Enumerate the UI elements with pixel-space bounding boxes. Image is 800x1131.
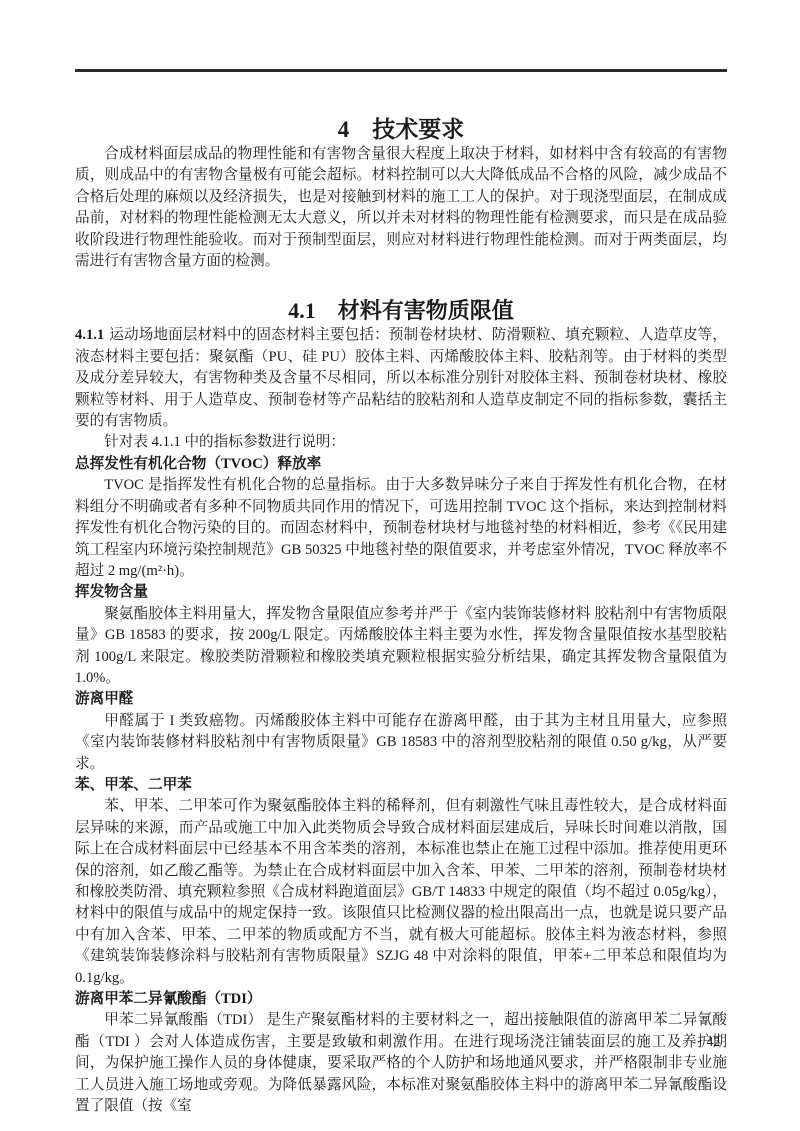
clause-number: 4.1.1	[75, 327, 104, 343]
page-number: 42	[707, 1034, 721, 1050]
section-title: 4.1 材料有害物质限值	[75, 297, 727, 325]
term-body-benzene-toluene-xylene: 苯、甲苯、二甲苯可作为聚氨酯胶体主料的稀释剂，但有刺激性气味且毒性较大，是合成材…	[75, 796, 727, 989]
document-page: 4 技术要求 合成材料面层成品的物理性能和有害物含量很大程度上取决于材料，如材料…	[75, 0, 727, 1117]
lead-in-line: 针对表 4.1.1 中的指标参数进行说明：	[75, 432, 727, 453]
term-body-free-formaldehyde: 甲醛属于 I 类致癌物。丙烯酸胶体主料中可能存在游离甲醛，由于其为主材且用量大，…	[75, 711, 727, 775]
document-body: { "page": { "number": "42" }, "chapter":…	[0, 0, 800, 1131]
term-heading-tdi: 游离甲苯二异氰酸酯（TDI）	[75, 989, 727, 1010]
term-body-volatile-content: 聚氨酯胶体主料用量大，挥发物含量限值应参考并严于《室内装饰装修材料 胶粘剂中有害…	[75, 604, 727, 690]
term-body-tdi: 甲苯二异氰酸酯（TDI） 是生产聚氨酯材料的主要材料之一，超出接触限值的游离甲苯…	[75, 1010, 727, 1117]
term-body-tvoc: TVOC 是指挥发性有机化合物的总量指标。由于大多数异味分子来自于挥发性有机化合…	[75, 475, 727, 582]
term-heading-volatile-content: 挥发物含量	[75, 582, 727, 603]
chapter-title: 4 技术要求	[75, 116, 727, 144]
term-heading-benzene-toluene-xylene: 苯、甲苯、二甲苯	[75, 775, 727, 796]
clause-4-1-1: 4.1.1运动场地面层材料中的固态材料主要包括：预制卷材块材、防滑颗粒、填充颗粒…	[75, 325, 727, 432]
term-heading-free-formaldehyde: 游离甲醛	[75, 689, 727, 710]
chapter-intro-paragraph: 合成材料面层成品的物理性能和有害物含量很大程度上取决于材料，如材料中含有较高的有…	[75, 144, 727, 272]
header-rule	[75, 69, 727, 72]
term-heading-tvoc: 总挥发性有机化合物（TVOC）释放率	[75, 454, 727, 475]
clause-text: 运动场地面层材料中的固态材料主要包括：预制卷材块材、防滑颗粒、填充颗粒、人造草皮…	[75, 327, 727, 429]
